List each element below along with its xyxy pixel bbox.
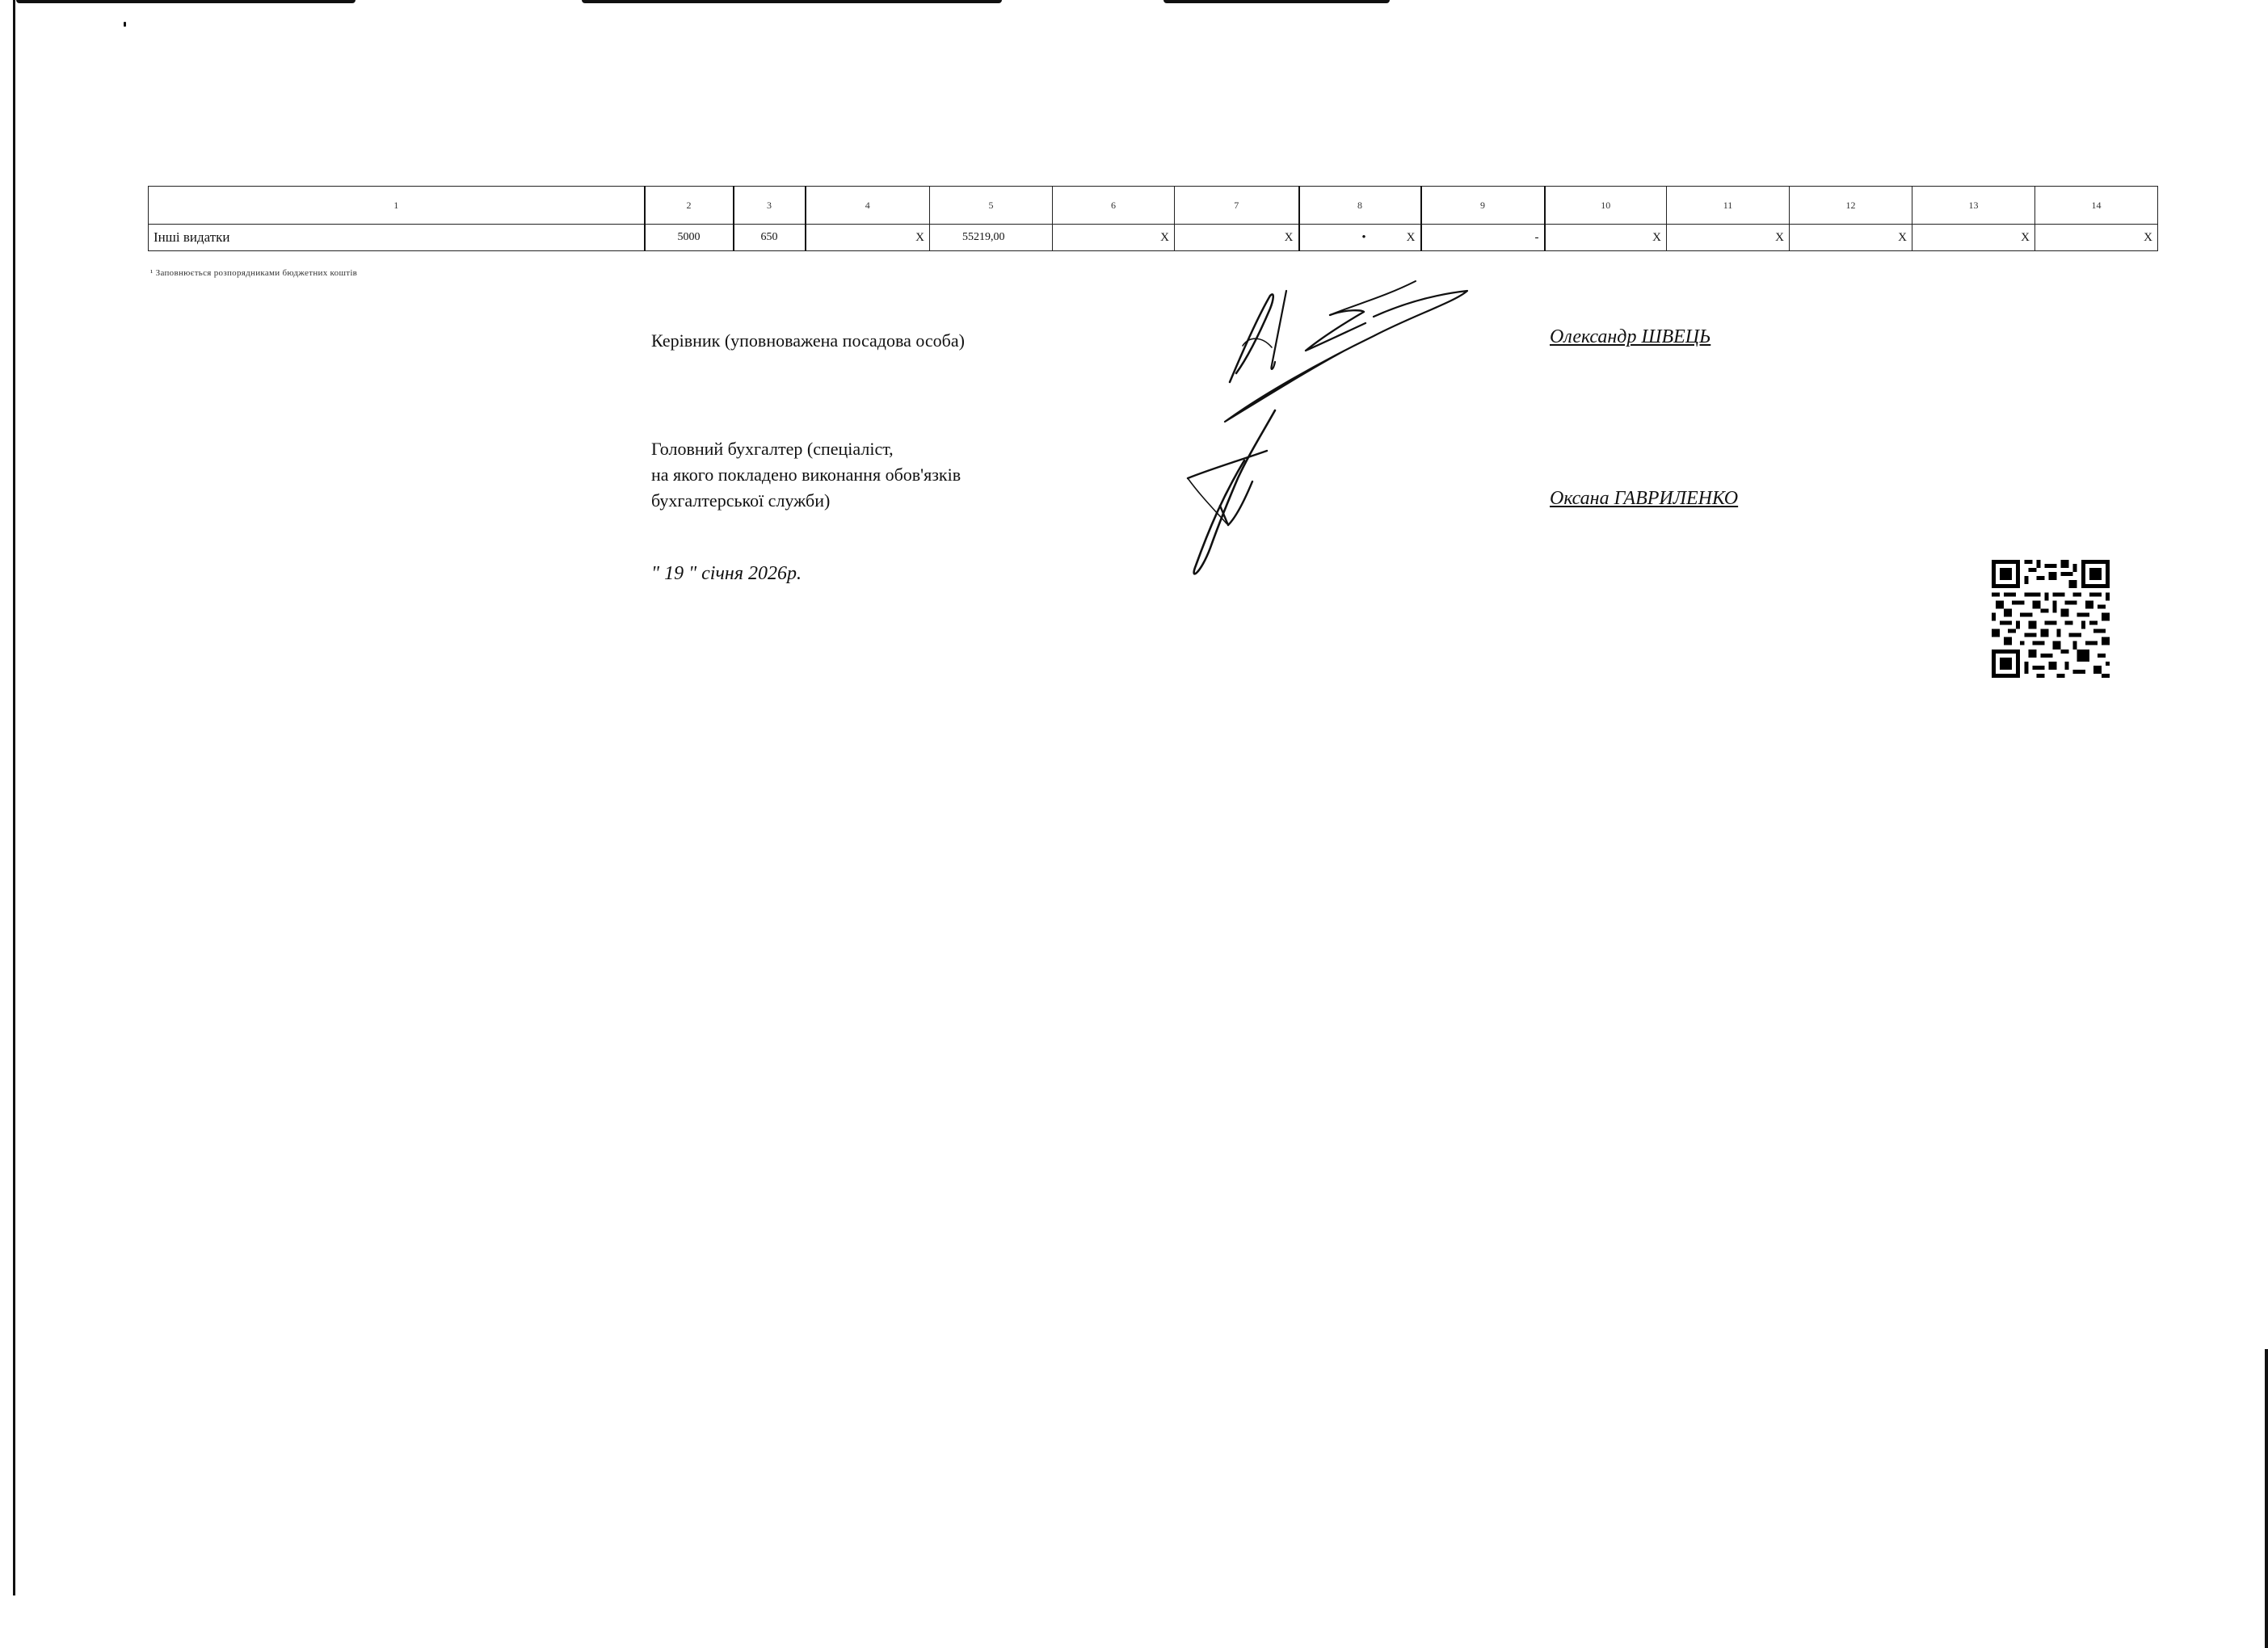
scan-speck: [124, 22, 126, 27]
signature-icon: [1172, 267, 1495, 590]
column-number: 11: [1667, 187, 1790, 225]
column-number: 12: [1790, 187, 1912, 225]
column-number: 7: [1175, 187, 1299, 225]
amount-cell: 55219,00: [930, 225, 1053, 251]
head-label: Керівник (уповноважена посадова особа): [651, 328, 965, 354]
accountant-name: Оксана ГАВРИЛЕНКО: [1550, 488, 1738, 510]
accountant-label: Головний бухгалтер (спеціаліст, на якого…: [651, 436, 961, 514]
table-cell: X: [1053, 225, 1175, 251]
column-number: 13: [1912, 187, 2035, 225]
table-cell: -: [1421, 225, 1545, 251]
row-mark: •: [1361, 231, 1365, 244]
expense-name-cell: Інші видатки: [149, 225, 645, 251]
scan-edge-top: [16, 0, 356, 3]
accountant-label-line: на якого покладено виконання обов'язків: [651, 462, 961, 488]
table-cell: X: [1175, 225, 1299, 251]
head-name: Олександр ШВЕЦЬ: [1550, 326, 1710, 348]
column-number: 10: [1545, 187, 1667, 225]
table-cell: •X: [1299, 225, 1421, 251]
column-number: 6: [1053, 187, 1175, 225]
column-number: 1: [149, 187, 645, 225]
table-cell: X: [2035, 225, 2158, 251]
scan-edge-right: [2265, 1349, 2268, 1648]
column-number: 14: [2035, 187, 2158, 225]
column-number-row: 1 2 3 4 5 6 7 8 9 10 11 12 13 14: [149, 187, 2158, 225]
table-cell: X: [806, 225, 930, 251]
scan-edge-top: [1163, 0, 1390, 3]
qr-code-icon: [1992, 560, 2110, 678]
column-number: 9: [1421, 187, 1545, 225]
table-cell: 5000: [645, 225, 734, 251]
footnote: ¹ Заповнюється розпорядниками бюджетних …: [150, 268, 357, 278]
column-number: 4: [806, 187, 930, 225]
table-cell: X: [1790, 225, 1912, 251]
table-row: Інші видатки 5000 650 X 55219,00 X X •X …: [149, 225, 2158, 251]
table-cell: 650: [734, 225, 806, 251]
column-number: 8: [1299, 187, 1421, 225]
table-cell: X: [1667, 225, 1790, 251]
table-cell: X: [1912, 225, 2035, 251]
accountant-label-line: Головний бухгалтер (спеціаліст,: [651, 436, 961, 462]
table-cell: X: [1545, 225, 1667, 251]
accountant-label-line: бухгалтерської служби): [651, 488, 961, 514]
column-number: 5: [930, 187, 1053, 225]
column-number: 3: [734, 187, 806, 225]
scan-edge-left: [13, 0, 15, 1595]
expense-table: 1 2 3 4 5 6 7 8 9 10 11 12 13 14 Інші ви…: [148, 186, 2158, 251]
column-number: 2: [645, 187, 734, 225]
cell-value: X: [1407, 231, 1416, 244]
scan-edge-top: [582, 0, 1002, 3]
document-date: " 19 " січня 2026р.: [651, 563, 802, 585]
